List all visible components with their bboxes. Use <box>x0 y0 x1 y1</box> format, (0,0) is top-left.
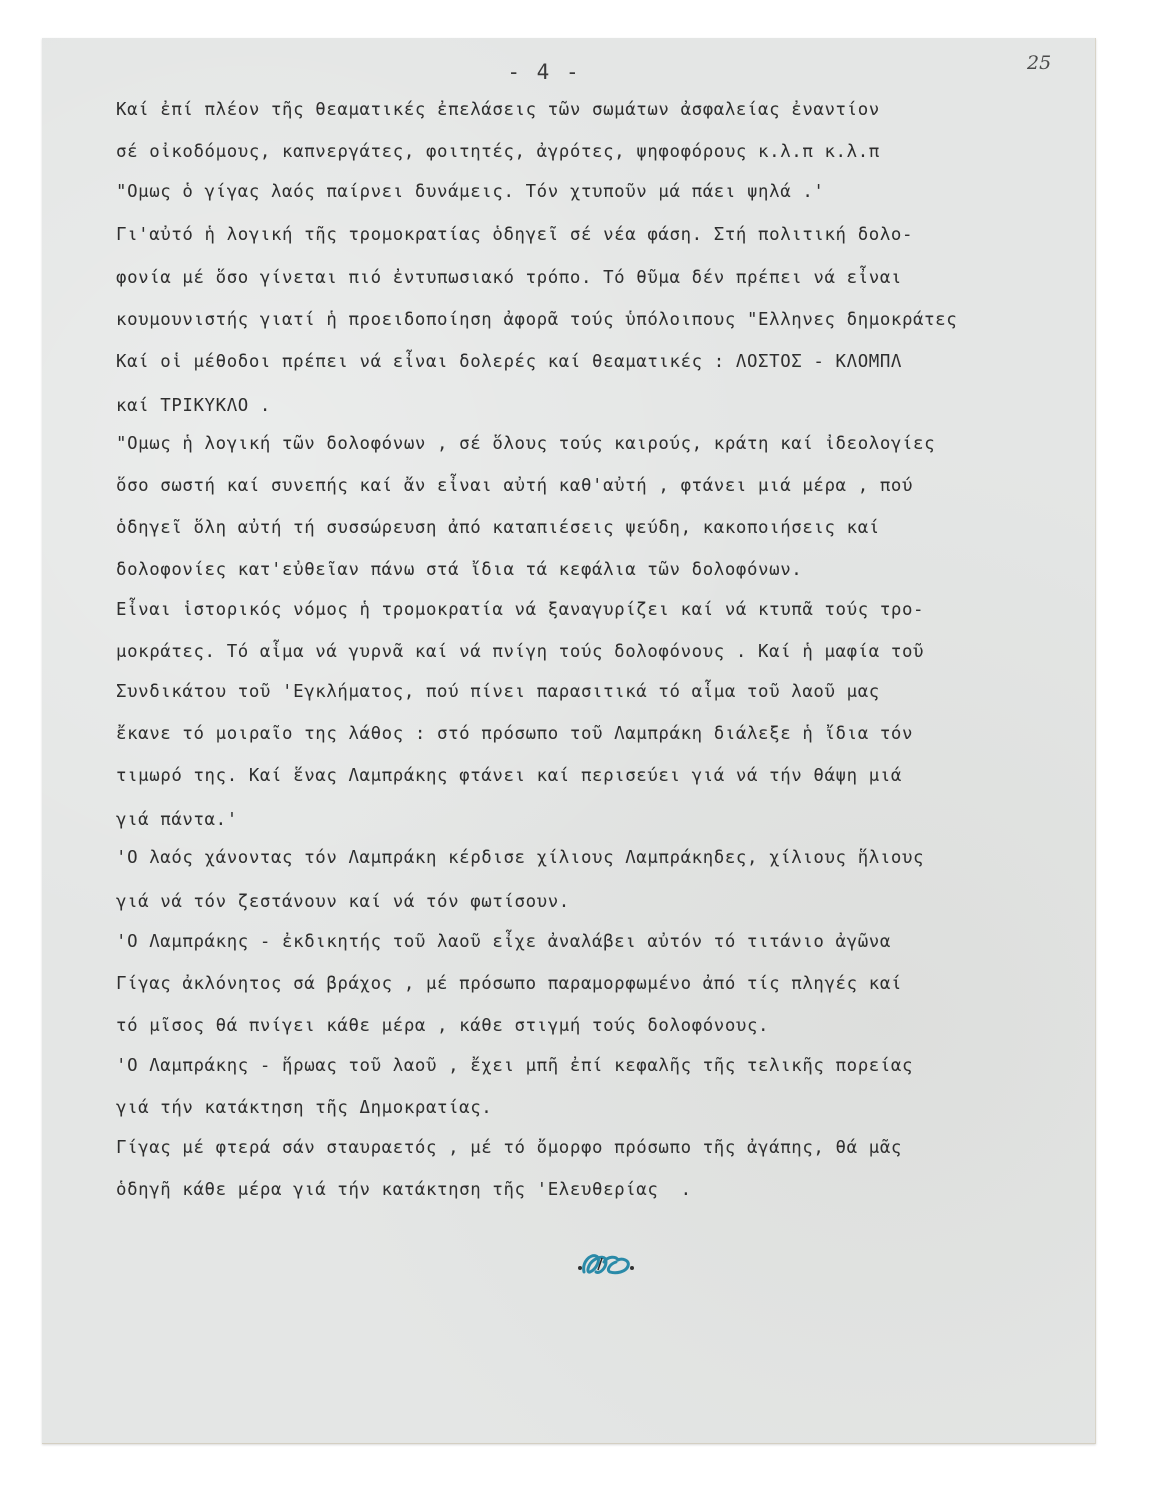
page-number: - 4 - <box>494 60 594 84</box>
text-line: γιά νά τόν ζεστάνουν καί νά τόν φωτίσουν… <box>116 889 570 915</box>
text-line: Συνδικάτου τοῦ 'Εγκλήματος, πού πίνει πα… <box>116 679 880 705</box>
text-line: Καί οἱ μέθοδοι πρέπει νά εἶναι δολερές κ… <box>116 349 902 375</box>
text-line: ὅσο σωστή καί συνεπής καί ἄν εἶναι αὐτή … <box>116 473 913 499</box>
text-line: 'Ο Λαμπράκης - ἥρωας τοῦ λαοῦ , ἔχει μπῆ… <box>116 1053 913 1079</box>
text-line: δολοφονίες κατ'εὐθεῖαν πάνω στά ἴδια τά … <box>116 557 802 583</box>
text-line: "Ομως ὁ γίγας λαός παίρνει δυνάμεις. Τόν… <box>116 179 824 205</box>
text-line: τιμωρό της. Καί ἕνας Λαμπράκης φτάνει κα… <box>116 763 902 789</box>
text-line: 'Ο Λαμπράκης - ἐκδικητής τοῦ λαοῦ εἶχε ἀ… <box>116 929 891 955</box>
text-line: τό μῖσος θά πνίγει κάθε μέρα , κάθε στιγ… <box>116 1013 769 1039</box>
text-line: Γίγας μέ φτερά σάν σταυραετός , μέ τό ὄμ… <box>116 1135 902 1161</box>
text-line: Εἶναι ἱστορικός νόμος ἡ τρομοκρατία νά ξ… <box>116 597 924 623</box>
text-line: Καί ἐπί πλέον τῆς θεαματικές ἐπελάσεις τ… <box>116 97 880 123</box>
text-line: σέ οἰκοδόμους, καπνεργάτες, φοιτητές, ἀγ… <box>116 139 880 165</box>
text-line: "Ομως ἡ λογική τῶν δολοφόνων , σέ ὅλους … <box>116 431 935 457</box>
handwritten-signature-icon <box>576 1248 636 1282</box>
text-line: ὁδηγεῖ ὅλη αὐτή τή συσσώρευση ἀπό καταπι… <box>116 515 880 541</box>
text-line: γιά πάντα.' <box>116 807 238 833</box>
text-line: καί ΤΡΙΚΥΚΛΟ . <box>116 393 271 419</box>
text-line: ἔκανε τό μοιραῖο της λάθος : στό πρόσωπο… <box>116 721 913 747</box>
text-line: Γίγας ἀκλόνητος σά βράχος , μέ πρόσωπο π… <box>116 971 902 997</box>
archive-number: 25 <box>1027 52 1051 74</box>
text-line: γιά τήν κατάκτηση τῆς Δημοκρατίας. <box>116 1095 492 1121</box>
text-line: 'Ο λαός χάνοντας τόν Λαμπράκη κέρδισε χί… <box>116 845 924 871</box>
text-line: φονία μέ ὅσο γίνεται πιό ἐντυπωσιακό τρό… <box>116 265 902 291</box>
text-line: μοκράτες. Τό αἷμα νά γυρνᾶ καί νά πνίγη … <box>116 639 924 665</box>
text-line: κουμουνιστής γιατί ἡ προειδοποίηση ἀφορᾶ… <box>116 307 957 333</box>
text-line: ὁδηγῆ κάθε μέρα γιά τήν κατάκτηση τῆς 'Ε… <box>116 1177 692 1203</box>
text-line: Γι'αὐτό ἡ λογική τῆς τρομοκρατίας ὁδηγεῖ… <box>116 222 913 248</box>
